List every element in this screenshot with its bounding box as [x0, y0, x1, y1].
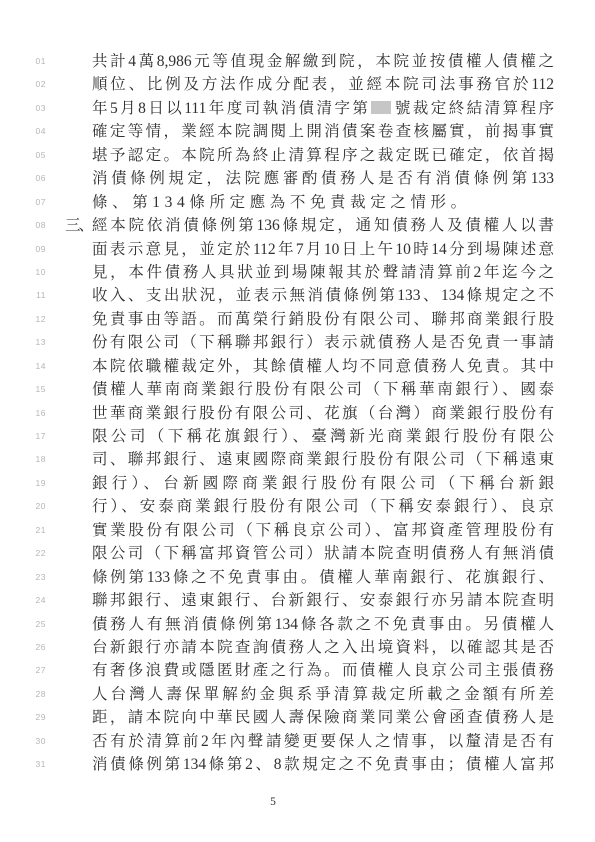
line-number: 17	[0, 425, 46, 448]
line-number: 15	[0, 378, 46, 401]
line-number: 01	[0, 50, 46, 73]
line-text: 堪予認定。本院所為終止清算程序之裁定既已確定，依首揭	[92, 144, 554, 167]
judgment-body: 01共計4萬8,986元等值現金解繳到院，本院並按債權人債權之 02順位、比例及…	[0, 50, 595, 777]
line-number: 26	[0, 636, 46, 659]
line-number: 03	[0, 97, 46, 120]
line-text: 經本院依消債條例第136條規定，通知債務人及債權人以書	[92, 214, 554, 237]
line-text: 消債條例規定，法院應審酌債務人是否有消債條例第133	[92, 167, 554, 190]
line-number: 20	[0, 495, 46, 518]
line-number: 25	[0, 613, 46, 636]
line-number: 29	[0, 706, 46, 729]
text-line: 04確定等情，業經本院調閱上開消債案卷查核屬實，前揭事實	[0, 120, 595, 143]
line-text: 聯邦銀行、遠東銀行、台新銀行、安泰銀行亦另請本院查明	[92, 589, 554, 612]
line-text: 份有限公司（下稱聯邦銀行）表示就債務人是否免責一事請	[92, 331, 554, 354]
line-text: 世華商業銀行股份有限公司、花旗（台灣）商業銀行股份有	[92, 402, 554, 425]
line-text: 司、聯邦銀行、遠東國際商業銀行股份有限公司（下稱遠東	[92, 448, 554, 471]
line-number: 30	[0, 730, 46, 753]
line-number: 09	[0, 238, 46, 261]
text-line: 10見，本件債務人具狀並到場陳報其於聲請清算前2年迄今之	[0, 261, 595, 284]
line-number: 13	[0, 331, 46, 354]
text-line: 08三、經本院依消債條例第136條規定，通知債務人及債權人以書	[0, 214, 595, 237]
text-line: 21實業股份有限公司（下稱良京公司）、富邦資產管理股份有	[0, 519, 595, 542]
line-text: 本院依職權裁定外，其餘債權人均不同意債務人免責。其中	[92, 355, 554, 378]
line-text: 人台灣人壽保單解約金與系爭清算裁定所載之金額有所差	[92, 683, 554, 706]
text-line: 09面表示意見，並定於112年7月10日上午10時14分到場陳述意	[0, 238, 595, 261]
line-text: 年5月8日以111年度司執消債清字第號裁定終結清算程序	[92, 97, 554, 120]
text-line: 22限公司（下稱富邦資管公司）狀請本院查明債務人有無消債	[0, 542, 595, 565]
text-line: 16世華商業銀行股份有限公司、花旗（台灣）商業銀行股份有	[0, 402, 595, 425]
line-text: 消債條例第134條第2、8款規定之不免責事由；債權人富邦	[92, 753, 554, 776]
line-text: 距，請本院向中華民國人壽保險商業同業公會函查債務人是	[92, 706, 554, 729]
line-text: 有奢侈浪費或隱匿財產之行為。而債權人良京公司主張債務	[92, 659, 554, 682]
line-text: 順位、比例及方法作成分配表，並經本院司法事務官於112	[92, 73, 554, 96]
line-number: 23	[0, 566, 46, 589]
line-number: 10	[0, 261, 46, 284]
line-text: 限公司（下稱富邦資管公司）狀請本院查明債務人有無消債	[92, 542, 554, 565]
line-number: 27	[0, 659, 46, 682]
text-line: 19銀行）、台新國際商業銀行股份有限公司（下稱台新銀	[0, 472, 595, 495]
court-judgment-page: 01共計4萬8,986元等值現金解繳到院，本院並按債權人債權之 02順位、比例及…	[0, 0, 595, 842]
line-number: 04	[0, 120, 46, 143]
line-text: 免責事由等語。而萬榮行銷股份有限公司、聯邦商業銀行股	[92, 308, 554, 331]
text-line: 06消債條例規定，法院應審酌債務人是否有消債條例第133	[0, 167, 595, 190]
line-text: 銀行）、台新國際商業銀行股份有限公司（下稱台新銀	[92, 472, 554, 495]
text-line: 20行）、安泰商業銀行股份有限公司（下稱安泰銀行）、良京	[0, 495, 595, 518]
line-text-post-redaction: 號裁定終結清算程序	[392, 100, 554, 117]
line-number: 28	[0, 683, 46, 706]
text-line: 07條、第134條所定應為不免責裁定之情形。	[0, 191, 595, 214]
text-line: 23條例第133條之不免責事由。債權人華南銀行、花旗銀行、	[0, 566, 595, 589]
text-line: 11收入、支出狀況，並表示無消債條例第133、134條規定之不	[0, 284, 595, 307]
text-line: 18司、聯邦銀行、遠東國際商業銀行股份有限公司（下稱遠東	[0, 448, 595, 471]
text-line: 26台新銀行亦請本院查詢債務人之入出境資料，以確認其是否	[0, 636, 595, 659]
text-line: 24聯邦銀行、遠東銀行、台新銀行、安泰銀行亦另請本院查明	[0, 589, 595, 612]
text-line: 30否有於清算前2年內聲請變更要保人之情事，以釐清是否有	[0, 730, 595, 753]
text-line: 27有奢侈浪費或隱匿財產之行為。而債權人良京公司主張債務	[0, 659, 595, 682]
line-text: 實業股份有限公司（下稱良京公司）、富邦資產管理股份有	[92, 519, 554, 542]
line-number: 08	[0, 214, 46, 237]
line-text: 條、第134條所定應為不免責裁定之情形。	[92, 191, 554, 214]
line-number: 02	[0, 73, 46, 96]
line-number: 11	[0, 284, 46, 307]
line-text: 債權人華南商業銀行股份有限公司（下稱華南銀行）、國泰	[92, 378, 554, 401]
line-number: 07	[0, 191, 46, 214]
text-line: 02順位、比例及方法作成分配表，並經本院司法事務官於112	[0, 73, 595, 96]
line-number: 18	[0, 448, 46, 471]
redaction-box	[371, 101, 391, 114]
line-text: 共計4萬8,986元等值現金解繳到院，本院並按債權人債權之	[92, 50, 554, 73]
line-number: 16	[0, 402, 46, 425]
text-line: 13份有限公司（下稱聯邦銀行）表示就債務人是否免責一事請	[0, 331, 595, 354]
text-line: 29距，請本院向中華民國人壽保險商業同業公會函查債務人是	[0, 706, 595, 729]
line-text: 條例第133條之不免責事由。債權人華南銀行、花旗銀行、	[92, 566, 554, 589]
line-number: 31	[0, 753, 46, 776]
line-number: 24	[0, 589, 46, 612]
text-line: 17限公司（下稱花旗銀行）、臺灣新光商業銀行股份有限公	[0, 425, 595, 448]
page-number: 5	[253, 796, 293, 808]
line-text: 行）、安泰商業銀行股份有限公司（下稱安泰銀行）、良京	[92, 495, 554, 518]
line-number: 14	[0, 355, 46, 378]
line-text: 見，本件債務人具狀並到場陳報其於聲請清算前2年迄今之	[92, 261, 554, 284]
line-number: 06	[0, 167, 46, 190]
line-text-pre-redaction: 年5月8日以111年度司執消債清字第	[92, 100, 370, 117]
line-text: 收入、支出狀況，並表示無消債條例第133、134條規定之不	[92, 284, 554, 307]
line-number: 12	[0, 308, 46, 331]
line-number: 21	[0, 519, 46, 542]
line-number: 19	[0, 472, 46, 495]
line-number: 22	[0, 542, 46, 565]
line-text: 限公司（下稱花旗銀行）、臺灣新光商業銀行股份有限公	[92, 425, 554, 448]
text-line: 28人台灣人壽保單解約金與系爭清算裁定所載之金額有所差	[0, 683, 595, 706]
line-text: 面表示意見，並定於112年7月10日上午10時14分到場陳述意	[92, 238, 554, 261]
line-number: 05	[0, 144, 46, 167]
list-item-marker: 三、	[65, 214, 92, 237]
line-text: 債務人有無消債條例第134條各款之不免責事由。另債權人	[92, 613, 554, 636]
text-line: 15債權人華南商業銀行股份有限公司（下稱華南銀行）、國泰	[0, 378, 595, 401]
line-text: 否有於清算前2年內聲請變更要保人之情事，以釐清是否有	[92, 730, 554, 753]
text-line: 25債務人有無消債條例第134條各款之不免責事由。另債權人	[0, 613, 595, 636]
line-text: 台新銀行亦請本院查詢債務人之入出境資料，以確認其是否	[92, 636, 554, 659]
text-line: 05堪予認定。本院所為終止清算程序之裁定既已確定，依首揭	[0, 144, 595, 167]
text-line: 14本院依職權裁定外，其餘債權人均不同意債務人免責。其中	[0, 355, 595, 378]
text-line: 31消債條例第134條第2、8款規定之不免責事由；債權人富邦	[0, 753, 595, 776]
text-line: 03年5月8日以111年度司執消債清字第號裁定終結清算程序	[0, 97, 595, 120]
line-text: 確定等情，業經本院調閱上開消債案卷查核屬實，前揭事實	[92, 120, 554, 143]
text-line: 12免責事由等語。而萬榮行銷股份有限公司、聯邦商業銀行股	[0, 308, 595, 331]
text-line: 01共計4萬8,986元等值現金解繳到院，本院並按債權人債權之	[0, 50, 595, 73]
